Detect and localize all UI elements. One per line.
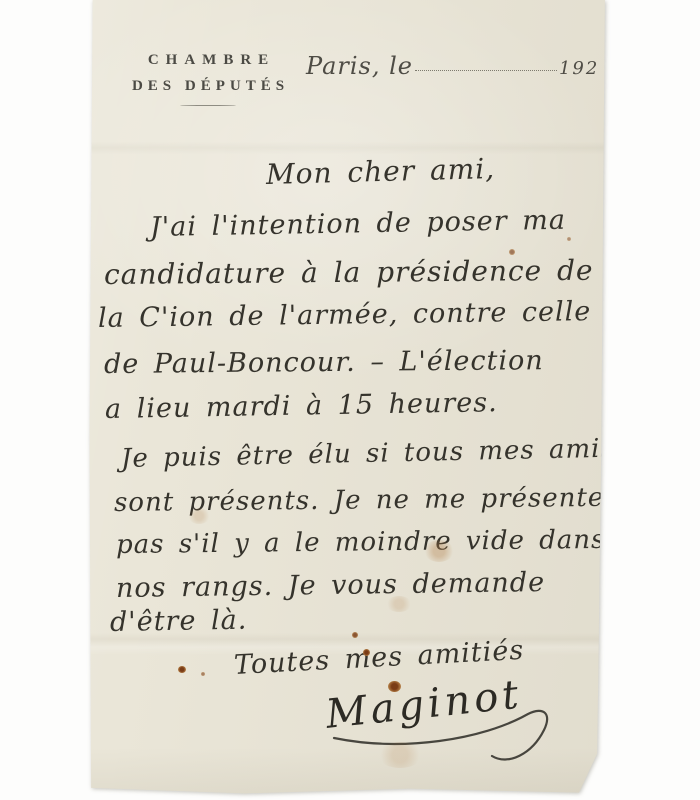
letterhead-line1: CHAMBRE bbox=[116, 52, 300, 69]
salutation-line: Mon cher ami, bbox=[266, 152, 496, 191]
body-line-6: Je puis être élu si tous mes amis bbox=[121, 434, 615, 474]
foxing-spot bbox=[363, 649, 370, 656]
foxing-spot bbox=[178, 666, 186, 673]
body-line-10: d'être là. bbox=[110, 605, 248, 638]
stain-smudge bbox=[386, 596, 412, 612]
dateline-blank-line bbox=[415, 70, 557, 71]
closing-line: Toutes mes amitiés bbox=[233, 635, 525, 681]
dateline-city: Paris, le bbox=[306, 52, 413, 80]
dateline-year: 192 bbox=[559, 58, 599, 79]
body-line-9: nos rangs. Je vous demande bbox=[116, 567, 546, 604]
letterhead-line2: DES DÉPUTÉS bbox=[116, 78, 300, 95]
foxing-spot bbox=[352, 632, 358, 638]
dateline: Paris, le192 bbox=[306, 52, 596, 80]
stain-smudge bbox=[188, 508, 210, 524]
scanned-letter-scene: CHAMBRE DES DÉPUTÉS Paris, le192 Mon che… bbox=[0, 0, 700, 800]
body-line-5: a lieu mardi à 15 heures. bbox=[105, 387, 498, 425]
paper-shadow-wrap: CHAMBRE DES DÉPUTÉS Paris, le192 Mon che… bbox=[0, 0, 700, 800]
signature-flourish bbox=[332, 700, 562, 770]
foxing-spot bbox=[201, 672, 205, 676]
body-line-2: candidature à la présidence de bbox=[104, 254, 594, 291]
letterhead-rule bbox=[180, 105, 236, 106]
body-line-4: de Paul-Boncour. – L'élection bbox=[104, 345, 544, 380]
body-line-8: pas s'il y a le moindre vide dans bbox=[116, 525, 606, 560]
stain-smudge bbox=[378, 742, 422, 768]
letterhead: CHAMBRE DES DÉPUTÉS bbox=[116, 52, 300, 106]
body-line-1: J'ai l'intention de poser ma bbox=[150, 205, 566, 243]
letter-paper: CHAMBRE DES DÉPUTÉS Paris, le192 Mon che… bbox=[88, 0, 607, 795]
foxing-spot bbox=[388, 681, 401, 692]
body-line-3: la C'ion de l'armée, contre celle bbox=[98, 296, 592, 334]
foxing-spot bbox=[567, 237, 571, 241]
foxing-spot bbox=[509, 249, 515, 255]
stain-smudge bbox=[424, 540, 454, 562]
